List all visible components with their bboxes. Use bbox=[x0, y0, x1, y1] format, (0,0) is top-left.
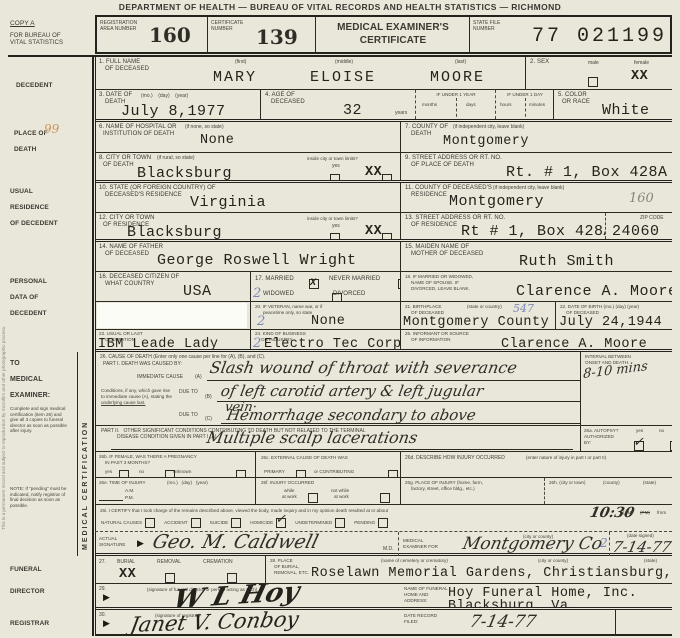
registrar-signature-field: 30. ▶ (signature of registrar) Janet V. … bbox=[95, 610, 400, 634]
f16-label1: 16. DECEASED CITIZEN OF bbox=[99, 274, 179, 281]
f12-label1: 12. CITY OR TOWN bbox=[99, 215, 155, 222]
f9-label2: OF PLACE OF DEATH bbox=[411, 162, 474, 169]
registrar-divider bbox=[615, 610, 616, 634]
examiner-divider2 bbox=[609, 532, 610, 556]
mother-field: 15. MAIDEN NAME OF MOTHER OF DECEASED Ru… bbox=[400, 242, 672, 271]
f26c-contributing: or CONTRIBUTING bbox=[314, 469, 354, 475]
part2-rule bbox=[111, 449, 573, 450]
f26-c-label: (C) bbox=[205, 416, 212, 422]
f3-value: July 8,1977 bbox=[121, 103, 226, 119]
residence-state-field: 10. STATE (OR FOREIGN COUNTRY) OF DECEAS… bbox=[95, 183, 400, 212]
part2-handwriting: Multiple scalp lacerations bbox=[205, 428, 419, 447]
place-of-burial-field: 28. PLACE OF BURIAL, REMOVAL, ETC. (name… bbox=[265, 556, 672, 583]
f27-burial-mark: XX bbox=[119, 567, 136, 582]
homicide-label: HOMICIDE bbox=[250, 520, 273, 526]
cause-b-handwriting: of left carotid artery & left jugular bbox=[219, 382, 484, 400]
certificate-label2: NUMBER bbox=[211, 26, 233, 32]
f26a-label1: 26a. AUTOPSY? bbox=[584, 428, 618, 434]
f24-value: Electro Tec Corp bbox=[264, 337, 400, 349]
f28-value: Roselawn Memorial Gardens, Christiansbur… bbox=[311, 566, 672, 581]
f8-yes-label: yes bbox=[332, 163, 340, 169]
f8-yes-checkbox bbox=[330, 174, 340, 180]
row-death-date: 3. DATE OF (mo.) (day) (year) DEATH July… bbox=[95, 90, 672, 122]
f11-label1: 11. COUNTY OF DECEASED'S bbox=[405, 185, 492, 192]
f12-no-checkbox bbox=[382, 233, 392, 239]
married-checkbox: X bbox=[309, 279, 319, 289]
suicide-label: SUICIDE bbox=[210, 520, 229, 526]
part2-section: PART II. OTHER SIGNIFICANT CONDITIONS CO… bbox=[95, 426, 672, 452]
u1d-divider bbox=[525, 98, 526, 119]
u1d-minutes: minutes bbox=[529, 102, 545, 108]
death-certificate-document: DEPARTMENT OF HEALTH — BUREAU OF VITAL R… bbox=[0, 0, 680, 638]
u1y-divider bbox=[456, 98, 457, 119]
copy-vs: VITAL STATISTICS bbox=[10, 40, 90, 47]
cause-c-rule bbox=[221, 423, 580, 424]
f11-hand-160: 160 bbox=[629, 191, 654, 206]
certificate-title1: MEDICAL EXAMINER'S bbox=[316, 24, 469, 31]
registrar-arrow-icon: ▶ bbox=[103, 618, 110, 629]
f14-label2: OF DECEASED bbox=[105, 251, 149, 258]
f10-value: Virginia bbox=[190, 194, 266, 211]
f8-hint: (if rural, so state) bbox=[157, 155, 195, 161]
f26a-yes-label: yes bbox=[636, 428, 643, 434]
not-while-at-work-checkbox bbox=[380, 493, 390, 503]
f28-label2: OF BURIAL, bbox=[274, 564, 300, 570]
copy-label: COPY A bbox=[10, 20, 90, 27]
father-field: 14. NAME OF FATHER OF DECEASED George Ro… bbox=[95, 242, 400, 271]
actual-sig-label2: SIGNATURE bbox=[99, 542, 125, 548]
date-of-death-field: 3. DATE OF (mo.) (day) (year) DEATH July… bbox=[95, 90, 260, 119]
f11-value: Montgomery bbox=[449, 193, 544, 210]
examiner-note1: Complete and sign medical certification … bbox=[10, 406, 70, 434]
f8-no-mark: XX bbox=[365, 165, 382, 180]
f26-a-label: (A) bbox=[195, 374, 202, 380]
registration-label2: AREA NUMBER bbox=[100, 26, 136, 32]
citizen-field: 16. DECEASED CITIZEN OF WHAT COUNTRY USA bbox=[95, 272, 250, 301]
examiner-signature-row: ACTUAL SIGNATURE ▶ Geo. M. Caldwell M.D.… bbox=[95, 532, 672, 556]
f1-middle-value: ELOISE bbox=[310, 69, 376, 86]
row-residence-state-county: 10. STATE (OR FOREIGN COUNTRY) OF DECEAS… bbox=[95, 183, 672, 213]
f1-label2: OF DECEASED bbox=[105, 66, 149, 73]
f27-label: 27. bbox=[99, 559, 106, 565]
section-label-place2: DEATH bbox=[14, 146, 36, 153]
f20-value: None bbox=[311, 314, 345, 329]
street-of-death-field: 9. STREET ADDRESS OR RT. NO. OF PLACE OF… bbox=[400, 153, 672, 180]
f17-divorced-label: DIVORCED bbox=[333, 291, 365, 298]
under-one-day-box: IF UNDER 1 DAY hours minutes bbox=[495, 90, 553, 119]
f26f-w2: at work bbox=[282, 494, 297, 500]
f22-label1: 22. DATE OF BIRTH (mo.) (day) (year) bbox=[560, 304, 639, 310]
f26h-county: (county) bbox=[603, 480, 620, 486]
removal-checkbox bbox=[165, 573, 175, 583]
autopsy-yes-checkbox: ✓ bbox=[634, 441, 644, 451]
f7-value: Montgomery bbox=[443, 134, 529, 149]
male-checkbox bbox=[588, 77, 598, 87]
examiner-divider1 bbox=[398, 532, 399, 556]
county-of-death-field: 7. COUNTY OF (if independent city, leave… bbox=[400, 122, 672, 152]
spouse-field: 18. IF MARRIED OR WIDOWED, NAME OF SPOUS… bbox=[400, 272, 672, 301]
pending-checkbox bbox=[378, 518, 388, 528]
f1-label1: 1. FULL NAME bbox=[99, 59, 140, 66]
f26-cond3: underlying cause last. bbox=[101, 400, 145, 406]
f26a-label2: AUTHORIZED bbox=[584, 434, 614, 440]
department-title: DEPARTMENT OF HEALTH — BUREAU OF VITAL R… bbox=[0, 4, 680, 11]
certify-text: 26i. I CERTIFY that I took charge of the… bbox=[100, 508, 570, 514]
row-26e-26h: 26e. TIME OF INJURY (mo.) (day) (year) A… bbox=[95, 478, 672, 505]
f12-limits-label: inside city or town limits? bbox=[307, 216, 358, 222]
f12-yes-label: yes bbox=[332, 223, 340, 229]
director-arrow-icon: ▶ bbox=[103, 592, 110, 603]
date-filed-handwriting: 7-14-77 bbox=[468, 612, 538, 632]
f30-filed-label1: DATE RECORD bbox=[404, 613, 437, 619]
manner-of-death-row: NATURAL CAUSES ACCIDENT SUICIDE HOMICIDE… bbox=[101, 518, 388, 528]
f26-cond2: to immediate cause (A), stating the bbox=[101, 394, 172, 400]
f23-label1: 23. USUAL OR LAST bbox=[99, 331, 143, 337]
f6-value: None bbox=[200, 133, 234, 148]
funeral-home-field: NAME OF FUNERAL HOME AND ADDRESS: Hoy Fu… bbox=[400, 584, 672, 607]
f2-female-mark: XX bbox=[631, 69, 648, 84]
full-name-field: 1. FULL NAME OF DECEASED (first) (middle… bbox=[95, 57, 525, 89]
f26-cond1: Conditions, if any, which gave rise bbox=[101, 388, 170, 394]
f13-zip-value: 24060 bbox=[612, 223, 660, 239]
f26-dueto-b: DUE TO bbox=[179, 389, 198, 395]
f7-label2: DEATH bbox=[411, 131, 431, 138]
f25-label1: 25. INFORMANT OR SOURCE bbox=[405, 331, 469, 337]
f8-label2: OF DEATH bbox=[103, 162, 134, 169]
row-name-sex: 1. FULL NAME OF DECEASED (first) (middle… bbox=[95, 57, 672, 90]
f26e-blank-line bbox=[99, 500, 123, 501]
f8-limits-label: inside city or town limits? bbox=[307, 156, 358, 162]
f15-label2: MOTHER OF DECEASED bbox=[411, 251, 483, 258]
homicide-checkbox: ✓ bbox=[276, 518, 286, 528]
f10-label1: 10. STATE (OR FOREIGN COUNTRY) OF bbox=[99, 185, 216, 192]
cause-main: 26. CAUSE OF DEATH (Enter only one cause… bbox=[95, 352, 580, 425]
f26a-label3: BY: bbox=[584, 440, 591, 446]
hospital-field: 6. NAME OF HOSPITAL OR (if none, so stat… bbox=[95, 122, 400, 152]
autopsy-no-checkbox bbox=[670, 441, 672, 451]
f25-value: Clarence A. Moore bbox=[501, 337, 647, 349]
row-occupation: 23. USUAL OR LAST OCCUPATION IBM Leade L… bbox=[95, 330, 672, 352]
under-one-year-box: IF UNDER 1 YEAR months days bbox=[415, 90, 495, 119]
autopsy-yes-mark: ✓ bbox=[633, 435, 644, 450]
f7-label1: 7. COUNTY OF bbox=[405, 124, 448, 131]
informant-field: 25. INFORMANT OR SOURCE OF INFORMATION C… bbox=[400, 330, 672, 349]
registrar-signature: Janet V. Conboy bbox=[128, 610, 300, 634]
f18-label1: 18. IF MARRIED OR WIDOWED, bbox=[405, 274, 473, 280]
dob-field: 22. DATE OF BIRTH (mo.) (day) (year) OF … bbox=[555, 302, 672, 329]
actual-sig-label1: ACTUAL bbox=[99, 536, 117, 542]
me-for-handwriting: Montgomery Co bbox=[461, 534, 604, 554]
section-label-per1: PERSONAL bbox=[10, 278, 47, 285]
row-26b-26d: 26b. IF FEMALE, WAS THERE A PREGNANCY IN… bbox=[95, 452, 672, 478]
f12-yes-checkbox bbox=[330, 233, 340, 239]
f5-label1: 5. COLOR bbox=[558, 92, 587, 99]
residence-city-field: 12. CITY OR TOWN OF RESIDENCE Blacksburg… bbox=[95, 213, 400, 239]
occupation-field: 23. USUAL OR LAST OCCUPATION IBM Leade L… bbox=[95, 330, 250, 349]
f3-hints: (mo.) (day) (year) bbox=[141, 93, 188, 99]
f1-last-value: MOORE bbox=[430, 69, 485, 86]
f24-hand-2: 2 bbox=[253, 336, 261, 349]
f29-home-label2: HOME AND bbox=[404, 592, 429, 598]
f26f-w1: while bbox=[284, 488, 294, 494]
primary-checkbox bbox=[296, 470, 306, 477]
md-label: M.D. bbox=[383, 546, 394, 552]
residence-street-field: 13. STREET ADDRESS OR RT. NO. OF RESIDEN… bbox=[400, 213, 605, 239]
f28-label3: REMOVAL, ETC. bbox=[274, 570, 309, 576]
f6-label2: INSTITUTION OF DEATH bbox=[103, 131, 174, 138]
cause-a-rule bbox=[207, 380, 580, 381]
f26-dueto-c: DUE TO bbox=[179, 412, 198, 418]
f8-value: Blacksburg bbox=[137, 165, 232, 180]
f1-middle-hint: (middle) bbox=[335, 59, 353, 65]
copy-block: COPY A FOR BUREAU OF VITAL STATISTICS bbox=[10, 20, 90, 47]
u1y-label: IF UNDER 1 YEAR bbox=[416, 92, 495, 98]
f26a-no-label: no bbox=[659, 428, 664, 434]
f26h-state: (state) bbox=[643, 480, 656, 486]
f18-label3: DIVORCED, LEAVE BLANK. bbox=[411, 286, 470, 292]
while-at-work-checkbox bbox=[308, 493, 318, 503]
edge-note: This is a permanent record and subject t… bbox=[1, 130, 7, 530]
f14-value: George Roswell Wright bbox=[157, 252, 357, 269]
f2-label: 2. SEX bbox=[530, 59, 549, 66]
row-hospital-county: 6. NAME OF HOSPITAL OR (if none, so stat… bbox=[95, 122, 672, 153]
f26g-label1: 26g. PLACE OF INJURY (home, farm, bbox=[405, 480, 483, 486]
undetermined-checkbox bbox=[335, 518, 345, 528]
f2-female-label: female bbox=[634, 60, 649, 66]
f30-filed-label2: FILED: bbox=[404, 619, 418, 625]
f1-last-hint: (last) bbox=[455, 59, 466, 65]
undetermined-label: UNDETERMINED bbox=[295, 520, 332, 526]
row-father-mother: 14. NAME OF FATHER OF DECEASED George Ro… bbox=[95, 242, 672, 272]
f10-label2: DECEASED'S RESIDENCE bbox=[105, 192, 182, 199]
f26e-pm: P.M. bbox=[125, 495, 134, 501]
f27-removal-label: REMOVAL bbox=[157, 559, 181, 565]
f26f-n2: at work bbox=[334, 494, 349, 500]
f3-label: 3. DATE OF bbox=[99, 92, 132, 99]
state-file-number: 77 021199 bbox=[532, 25, 667, 48]
accident-checkbox bbox=[191, 518, 201, 528]
f26g-label2: factory, street, office bldg., etc.) bbox=[411, 486, 475, 492]
title-cell: MEDICAL EXAMINER'S CERTIFICATE bbox=[315, 17, 469, 52]
f26-b-label: (B) bbox=[205, 394, 212, 400]
examiner-note2: NOTE: If "pending" must be indicated, no… bbox=[10, 486, 70, 508]
marital-status-field: 17. MARRIED X NEVER MARRIED 2 WIDOWED DI… bbox=[250, 272, 400, 301]
autopsy-field: 26a. AUTOPSY? AUTHORIZED BY: yes no ✓ bbox=[580, 426, 672, 451]
f25-label2: OF INFORMATION bbox=[411, 337, 450, 343]
section-label-funeral1: FUNERAL bbox=[10, 566, 42, 573]
natural-causes-label: NATURAL CAUSES bbox=[101, 520, 142, 526]
pregnancy-unknown-checkbox bbox=[236, 470, 246, 477]
signature-arrow-icon: ▶ bbox=[137, 538, 144, 549]
birthplace-field: 21. BIRTHPLACE (state or country) OF DEC… bbox=[400, 302, 555, 329]
f7-hint: (if independent city, leave blank) bbox=[453, 124, 524, 130]
f26f-n1: not while bbox=[331, 488, 349, 494]
time-of-injury-field: 26e. TIME OF INJURY (mo.) (day) (year) A… bbox=[95, 478, 255, 504]
f26b-no: no bbox=[139, 469, 144, 475]
f21-label1: 21. BIRTHPLACE bbox=[405, 304, 441, 310]
f8-no-checkbox bbox=[382, 174, 392, 180]
f12-no-mark: XX bbox=[365, 224, 382, 239]
f17-married-label: 17. MARRIED bbox=[255, 276, 294, 283]
state-file-label2: NUMBER bbox=[473, 26, 495, 32]
f6-label1: 6. NAME OF HOSPITAL OR bbox=[99, 124, 177, 131]
f26-immediate-label: IMMEDIATE CAUSE bbox=[137, 374, 183, 380]
f20-hand-2: 2 bbox=[257, 314, 265, 329]
f26e-label: 26e. TIME OF INJURY bbox=[99, 480, 146, 486]
f13-zip-label: ZIP CODE bbox=[640, 215, 664, 221]
residence-county-field: 11. COUNTY OF DECEASED'S (if independent… bbox=[400, 183, 672, 212]
section-label-registrar: REGISTRAR bbox=[10, 620, 49, 627]
f23-value: IBM Leade Lady bbox=[98, 337, 218, 349]
f26d-hint: (enter nature of injury in part I or par… bbox=[526, 455, 606, 461]
f28-hint1: (name of cemetery or crematory) bbox=[381, 558, 448, 564]
f2-male-label: male bbox=[588, 60, 599, 66]
f9-label1: 9. STREET ADDRESS OR RT. NO. bbox=[405, 155, 502, 162]
f27-burial-label: BURIAL bbox=[117, 559, 135, 565]
f15-value: Ruth Smith bbox=[519, 253, 614, 270]
f28-hint3: (state) bbox=[644, 558, 657, 564]
how-injury-field: 26d. DESCRIBE HOW INJURY OCCURRED (enter… bbox=[400, 452, 672, 477]
section-label-funeral2: DIRECTOR bbox=[10, 588, 45, 595]
f26f-label: 26f. INJURY OCCURRED bbox=[261, 480, 314, 486]
f4-value: 32 bbox=[343, 102, 362, 119]
injury-location-field: 26h. (city or town) (county) (state) bbox=[545, 478, 672, 504]
f20-label2: peacetime only, so state bbox=[263, 310, 312, 316]
row-veteran-birth: 20. IF VETERAN, name war, or if peacetim… bbox=[95, 302, 672, 330]
f5-label2: OR RACE bbox=[562, 99, 590, 106]
f13-label2: OF RESIDENCE bbox=[411, 222, 457, 229]
date-signed-handwriting: 7-14-77 bbox=[611, 538, 673, 556]
funeral-director-signature: W L Hoy bbox=[170, 584, 303, 607]
certify-section: 26i. I CERTIFY that I took charge of the… bbox=[95, 505, 672, 532]
certificate-number: 139 bbox=[256, 25, 298, 49]
f18-label2: NAME OF SPOUSE. IF bbox=[411, 280, 459, 286]
suicide-checkbox bbox=[231, 518, 241, 528]
f11-hint: (if independent city, leave blank) bbox=[493, 185, 564, 191]
f29-home-label1: NAME OF FUNERAL bbox=[404, 586, 448, 592]
f17-never-label: NEVER MARRIED bbox=[329, 276, 380, 283]
interval-column: INTERVAL BETWEEN ONSET AND DEATH. 8-10 m… bbox=[580, 352, 672, 425]
external-cause-field: 26c. EXTERNAL CAUSE OF DEATH WAS PRIMARY… bbox=[255, 452, 400, 477]
funeral-director-signature-field: 29. ▶ (signature of funeral director or … bbox=[95, 584, 400, 607]
f26c-primary: PRIMARY bbox=[264, 469, 285, 475]
me-hand-2: 2 bbox=[600, 536, 608, 550]
f17-widowed-label: WIDOWED bbox=[263, 291, 294, 298]
section-label-decedent: DECEDENT bbox=[16, 82, 53, 89]
f26e-hints: (mo.) (day) (year) bbox=[167, 480, 208, 486]
section-label-tome3: EXAMINER: bbox=[10, 392, 50, 399]
section-label-res1: USUAL bbox=[10, 188, 33, 195]
f13-value: Rt # 1, Box 428A bbox=[461, 223, 605, 239]
f17-hand-2: 2 bbox=[253, 286, 261, 301]
funeral-director-row: 29. ▶ (signature of funeral director or … bbox=[95, 584, 672, 610]
registration-cell: REGISTRATION AREA NUMBER 160 bbox=[97, 17, 207, 52]
f26b-yes: yes bbox=[105, 469, 112, 475]
veteran-field: 20. IF VETERAN, name war, or if peacetim… bbox=[250, 302, 400, 329]
copy-for: FOR BUREAU OF bbox=[10, 33, 90, 40]
certify-from: from bbox=[657, 510, 666, 516]
me-for-label2: EXAMINER FOR bbox=[403, 544, 438, 550]
top-number-box: REGISTRATION AREA NUMBER 160 CERTIFICATE… bbox=[95, 15, 672, 54]
date-filed-field: DATE RECORD FILED: 7-14-77 bbox=[400, 610, 672, 634]
pregnancy-yes-checkbox bbox=[119, 470, 129, 477]
f12-value: Blacksburg bbox=[127, 224, 222, 239]
registration-number: 160 bbox=[149, 23, 191, 47]
f16-label2: WHAT COUNTRY bbox=[105, 281, 155, 288]
u1d-label: IF UNDER 1 DAY bbox=[496, 92, 553, 98]
cause-a-handwriting: Slash wound of throat with severance bbox=[208, 358, 518, 377]
redacted-box bbox=[97, 303, 247, 328]
cremation-checkbox bbox=[227, 573, 237, 583]
f1-first-hint: (first) bbox=[235, 59, 246, 65]
injury-at-work-field: 26f. INJURY OCCURRED while at work not w… bbox=[255, 478, 400, 504]
interval-label1: INTERVAL BETWEEN bbox=[585, 354, 631, 360]
state-file-cell: STATE FILE NUMBER 77 021199 bbox=[469, 17, 674, 52]
married-mark: X bbox=[310, 278, 316, 289]
section-label-tome1: TO bbox=[10, 360, 20, 367]
f13-label1: 13. STREET ADDRESS OR RT. NO. bbox=[405, 215, 505, 222]
f1-first-value: MARY bbox=[213, 69, 257, 86]
certify-am: (AM) bbox=[623, 510, 633, 516]
f29-home-label3: ADDRESS: bbox=[404, 598, 428, 604]
burial-row: 27. BURIAL REMOVAL CREMATION XX 28. PLAC… bbox=[95, 556, 672, 584]
city-of-death-field: 8. CITY OR TOWN (if rural, so state) OF … bbox=[95, 153, 400, 180]
f26h-city: 26h. (city or town) bbox=[549, 480, 586, 486]
f26b-unknown: unknown bbox=[173, 469, 191, 475]
margin-handwriting-99: 99 bbox=[44, 122, 59, 136]
f6-hint: (if none, so state) bbox=[185, 124, 224, 130]
f4-label2: DECEASED bbox=[271, 99, 305, 106]
cause-of-death-section: 26. CAUSE OF DEATH (Enter only one cause… bbox=[95, 352, 672, 426]
natural-causes-checkbox bbox=[145, 518, 155, 528]
section-label-per2: DATA OF bbox=[10, 294, 38, 301]
u1y-months: months bbox=[422, 102, 437, 108]
medical-certification-label: MEDICAL CERTIFICATION bbox=[82, 360, 89, 550]
color-race-field: 5. COLOR OR RACE White bbox=[553, 90, 672, 119]
me-for-label1: MEDICAL bbox=[403, 538, 423, 544]
f15-label1: 15. MAIDEN NAME OF bbox=[405, 244, 469, 251]
f26c-label: 26c. EXTERNAL CAUSE OF DEATH WAS bbox=[261, 455, 348, 461]
place-of-injury-field: 26g. PLACE OF INJURY (home, farm, factor… bbox=[400, 478, 545, 504]
section-label-res3: OF DECEDENT bbox=[10, 220, 58, 227]
f26-part1: PART I. DEATH WAS CAUSED BY: bbox=[103, 361, 182, 367]
part2-main: PART II. OTHER SIGNIFICANT CONDITIONS CO… bbox=[95, 426, 580, 451]
f8-label1: 8. CITY OR TOWN bbox=[99, 155, 151, 162]
u1d-hours: hours bbox=[500, 102, 512, 108]
f14-label1: 14. NAME OF FATHER bbox=[99, 244, 163, 251]
cause-c-handwriting: Hemorrhage secondary to above bbox=[225, 406, 477, 424]
contributing-checkbox bbox=[388, 470, 398, 477]
f9-value: Rt. # 1, Box 428A bbox=[506, 164, 668, 180]
f21-hand-547: 547 bbox=[513, 302, 534, 315]
f22-value: July 24,1944 bbox=[559, 315, 662, 329]
certificate-title2: CERTIFICATE bbox=[316, 37, 469, 44]
f4-unit: years bbox=[395, 110, 407, 116]
f16-value: USA bbox=[183, 283, 212, 300]
section-label-res2: RESIDENCE bbox=[10, 204, 49, 211]
certificate-cell: CERTIFICATE NUMBER 139 bbox=[207, 17, 315, 52]
f24-label1: 24. KIND OF BUSINESS bbox=[255, 331, 306, 337]
f28-label1: 28. PLACE bbox=[270, 558, 293, 564]
section-label-per3: DECEDENT bbox=[10, 310, 47, 317]
funeral-home-city: Blacksburg, Va. bbox=[448, 599, 577, 607]
f11-label2: RESIDENCE bbox=[411, 192, 447, 199]
u1y-days: days bbox=[466, 102, 476, 108]
age-field: 4. AGE OF DECEASED 32 years bbox=[260, 90, 415, 119]
examiner-signature: Geo. M. Caldwell bbox=[150, 531, 320, 553]
f20-label1: 20. IF VETERAN, name war, or if bbox=[255, 304, 322, 310]
f18-value: Clarence A. Moore bbox=[516, 283, 672, 300]
